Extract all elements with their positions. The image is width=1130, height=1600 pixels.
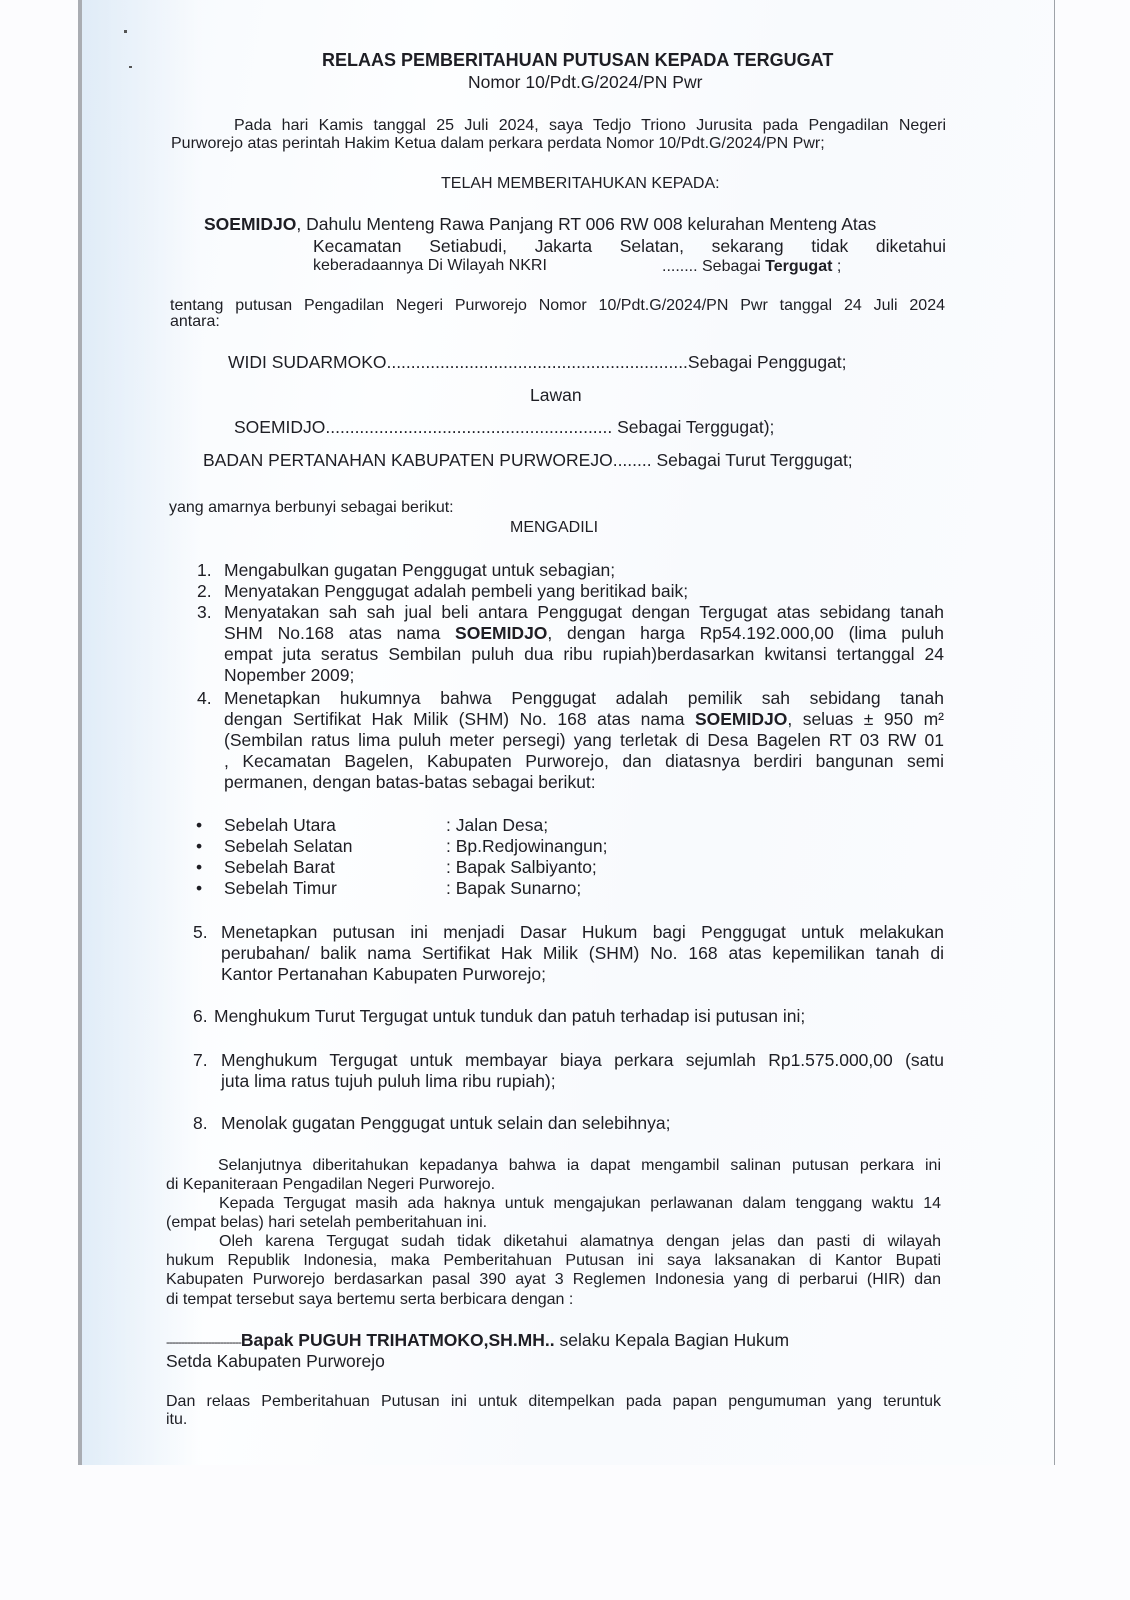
opening-line-1: Pada hari Kamis tanggal 25 Juli 2024, sa… (234, 116, 946, 136)
verdict-heading: MENGADILI (510, 518, 598, 538)
closing-p2-line-2: (empat belas) hari setelah pemberitahuan… (166, 1213, 487, 1233)
boundary-value: : Jalan Desa; (446, 815, 548, 835)
boundary-side: Sebelah Timur (224, 878, 337, 898)
verdict-item-line: Menetapkan hukumnya bahwa Penggugat adal… (224, 688, 944, 708)
verdict-item-number: 2. (197, 581, 212, 601)
verdict-item-number: 1. (197, 560, 212, 580)
verdict-item-line: empat juta seratus Sembilan puluh dua ri… (224, 644, 944, 664)
verdict-item-line: dengan Sertifikat Hak Milik (SHM) No. 16… (224, 709, 944, 729)
recipient-address-line-3: keberadaannya Di Wilayah NKRI (313, 256, 547, 276)
recipient-address-line-2: Kecamatan Setiabudi, Jakarta Selatan, se… (313, 236, 946, 256)
verdict-item-line: perubahan/ balik nama Sertifikat Hak Mil… (221, 943, 944, 963)
about-line-2: antara: (170, 312, 220, 332)
closing-p2-line-1: Kepada Tergugat masih ada haknya untuk m… (219, 1194, 941, 1214)
verdict-item-line: Menghukum Turut Tergugat untuk tunduk da… (214, 1006, 805, 1026)
bullet-icon: • (196, 815, 202, 835)
closing-p3-line-4: di tempat tersebut saya bertemu serta be… (166, 1290, 573, 1310)
verdict-item-line: SHM No.168 atas nama SOEMIDJO, dengan ha… (224, 623, 944, 643)
verdict-item-number: 5. (193, 922, 208, 942)
verdict-item-number: 4. (197, 688, 212, 708)
verdict-item-line: Menolak gugatan Penggugat untuk selain d… (221, 1113, 671, 1133)
verdict-item-line: juta lima ratus tujuh puluh lima ribu ru… (221, 1071, 556, 1091)
met-with-line: -------------------------Bapak PUGUH TRI… (166, 1330, 789, 1352)
recipient-block: SOEMIDJO, Dahulu Menteng Rawa Panjang RT… (204, 214, 876, 234)
recipient-role: ........ Sebagai Tergugat ; (662, 257, 841, 277)
verdict-item-line: permanen, dengan batas-batas sebagai ber… (224, 772, 596, 792)
verdict-item-number: 6. (193, 1006, 208, 1026)
verdict-item-number: 7. (193, 1050, 208, 1070)
closing-p1-line-1: Selanjutnya diberitahukan kepadanya bahw… (218, 1156, 941, 1176)
verdict-item-line: Menghukum Tergugat untuk membayar biaya … (221, 1050, 944, 1070)
bullet-icon: • (196, 878, 202, 898)
about-line-1: tentang putusan Pengadilan Negeri Purwor… (170, 296, 945, 316)
case-number: Nomor 10/Pdt.G/2024/PN Pwr (468, 72, 702, 92)
verdict-item-line: Menyatakan sah sah jual beli antara Peng… (224, 602, 944, 622)
notified-heading: TELAH MEMBERITAHUKAN KEPADA: (441, 174, 720, 194)
boundary-value: : Bapak Sunarno; (446, 878, 581, 898)
verdict-item-line: Menyatakan Penggugat adalah pembeli yang… (224, 581, 688, 601)
verdict-item-line: Nopember 2009; (224, 665, 354, 685)
scan-speck (124, 30, 127, 33)
bullet-icon: • (196, 857, 202, 877)
closing-p3-line-1: Oleh karena Tergugat sudah tidak diketah… (219, 1232, 941, 1252)
verdict-item-line: Kantor Pertanahan Kabupaten Purworejo; (221, 964, 546, 984)
verdict-item-number: 8. (193, 1113, 208, 1133)
recipient-name: SOEMIDJO (204, 214, 296, 234)
official-name: Bapak PUGUH TRIHATMOKO,SH.MH.. (241, 1330, 555, 1350)
verdict-item-line: Menetapkan putusan ini menjadi Dasar Huk… (221, 922, 944, 942)
document-title: RELAAS PEMBERITAHUAN PUTUSAN KEPADA TERG… (322, 50, 833, 70)
official-role-line-2: Setda Kabupaten Purworejo (166, 1351, 385, 1371)
verdict-item-number: 3. (197, 602, 212, 622)
opening-line-2: Purworejo atas perintah Hakim Ketua dala… (171, 134, 825, 154)
boundary-side: Sebelah Utara (224, 815, 336, 835)
closing-p1-line-2: di Kepaniteraan Pengadilan Negeri Purwor… (166, 1175, 495, 1195)
closing-p3-line-3: Kabupaten Purworejo berdasarkan pasal 39… (166, 1270, 941, 1290)
bullet-icon: • (196, 836, 202, 856)
boundary-value: : Bp.Redjowinangun; (446, 836, 608, 856)
party-defendant: SOEMIDJO................................… (234, 417, 774, 437)
party-versus: Lawan (530, 385, 582, 405)
verdict-item-line: (Sembilan ratus lima puluh meter persegi… (224, 730, 944, 750)
final-line-2: itu. (166, 1410, 187, 1430)
party-plaintiff: WIDI SUDARMOKO..........................… (228, 352, 847, 372)
verdict-item-line: , Kecamatan Bagelen, Kabupaten Purworejo… (224, 751, 944, 771)
closing-p3-line-2: hukum Republik Indonesia, maka Pemberita… (166, 1251, 941, 1271)
boundary-side: Sebelah Barat (224, 857, 335, 877)
party-co-defendant: BADAN PERTANAHAN KABUPATEN PURWOREJO....… (203, 450, 853, 470)
recipient-address-line-1: , Dahulu Menteng Rawa Panjang RT 006 RW … (296, 214, 876, 234)
verdict-intro: yang amarnya berbunyi sebagai berikut: (169, 498, 454, 518)
boundary-value: : Bapak Salbiyanto; (446, 857, 597, 877)
final-line-1: Dan relaas Pemberitahuan Putusan ini unt… (166, 1392, 941, 1412)
boundary-side: Sebelah Selatan (224, 836, 352, 856)
verdict-item-line: Mengabulkan gugatan Penggugat untuk seba… (224, 560, 615, 580)
scan-speck (129, 66, 132, 68)
